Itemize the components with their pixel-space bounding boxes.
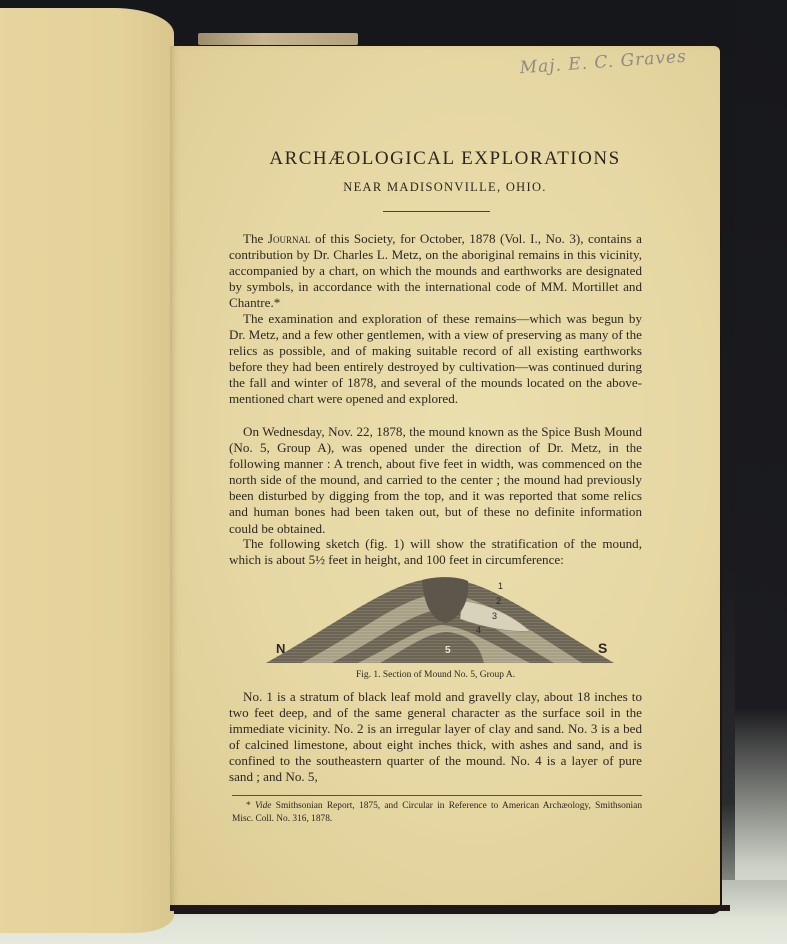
mound-section-figure: N S 1 2 3 4 5 (262, 575, 618, 667)
paragraph-2: The examination and exploration of these… (229, 311, 642, 408)
journal-smallcaps: Journal (268, 231, 311, 246)
north-label: N (276, 641, 285, 656)
paragraph-1-lead: The (243, 231, 268, 246)
svg-text:1: 1 (498, 581, 503, 591)
left-page-blank (0, 8, 174, 933)
mound-stratification-diagram: N S 1 2 3 4 5 (262, 575, 618, 667)
paragraph-1: The Journal of this Society, for October… (229, 231, 642, 311)
svg-text:4: 4 (476, 625, 481, 635)
page-title: ARCHÆOLOGICAL EXPLORATIONS (170, 148, 720, 170)
paragraph-4: The following sketch (fig. 1) will show … (229, 536, 642, 568)
paragraph-5: No. 1 is a stratum of black leaf mold an… (229, 689, 642, 786)
svg-text:3: 3 (492, 611, 497, 621)
footnote-marker: * (232, 801, 251, 811)
figure-caption: Fig. 1. Section of Mound No. 5, Group A. (229, 670, 642, 680)
torn-paper-strip (198, 33, 358, 45)
footnote-text: Smithsonian Report, 1875, and Circular i… (232, 801, 642, 824)
footnote: * Vide Smithsonian Report, 1875, and Cir… (232, 800, 642, 825)
svg-text:2: 2 (496, 596, 501, 606)
svg-text:5: 5 (445, 645, 451, 656)
title-divider (383, 211, 490, 212)
footnote-vide: Vide (255, 801, 271, 811)
paragraph-3: On Wednesday, Nov. 22, 1878, the mound k… (229, 424, 642, 537)
backdrop-right (735, 0, 787, 944)
page-subtitle: NEAR MADISONVILLE, OHIO. (170, 180, 720, 195)
page-edge-shadow (170, 905, 730, 911)
south-label: S (598, 640, 607, 656)
footnote-divider (232, 795, 642, 796)
